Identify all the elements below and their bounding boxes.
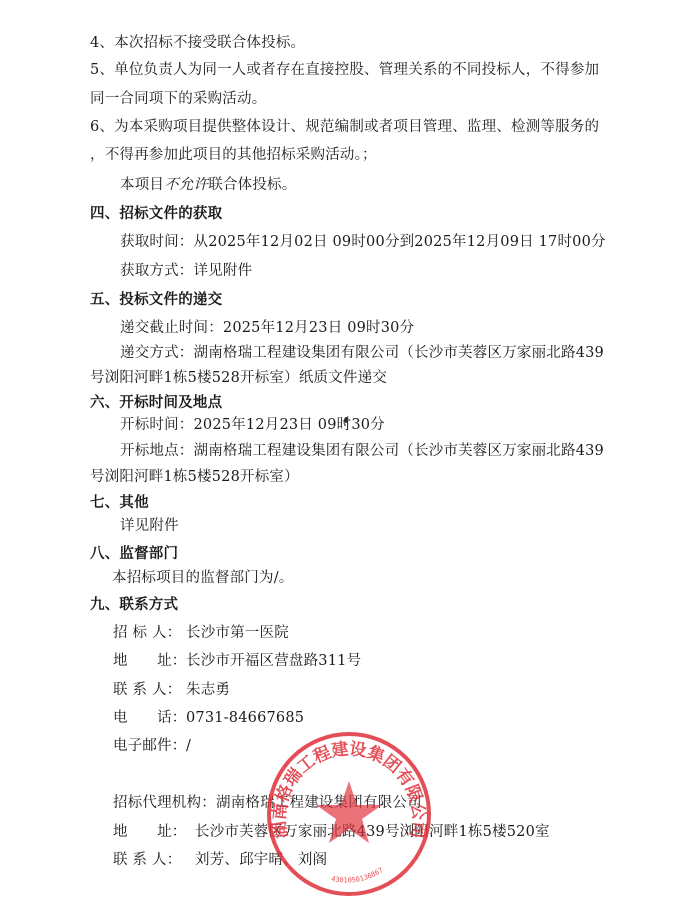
section-6-place-line2: 号浏阳河畔1栋5楼528开标室） [90, 468, 299, 486]
section-5-method-line2: 号浏阳河畔1栋5楼528开标室）纸质文件递交 [90, 369, 387, 387]
section-4-time: 获取时间：从2025年12月02日 09时00分到2025年12月09日 17时… [120, 233, 606, 251]
tenderer-phone-row: 电 话： 0731-84667685 [113, 709, 187, 727]
requirement-item-6-line2: ，不得再参加此项目的其他招标采购活动。； [90, 146, 377, 164]
tenderer-name-label: 招 标 人： [113, 624, 181, 642]
stamp-ring [269, 734, 429, 894]
agency-address-value: 长沙市芙蓉区万家丽北路439号浏阳河畔1栋5楼520室 [195, 823, 550, 841]
consortium-prefix: 本项目 [120, 177, 164, 193]
section-8-title: 八、监督部门 [90, 545, 178, 563]
tenderer-address-row: 地 址： 长沙市开福区营盘路311号 [113, 652, 187, 670]
requirement-item-6-line1: 6、为本采购项目提供整体设计、规范编制或者项目管理、监理、检测等服务的 [90, 118, 599, 136]
tenderer-contact-label: 联 系 人： [113, 681, 181, 699]
section-5-method-line1: 递交方式：湖南格瑞工程建设集团有限公司（长沙市芙蓉区万家丽北路439 [120, 344, 604, 362]
section-6-title: 六、开标时间及地点 [90, 394, 222, 412]
tenderer-contact-row: 联 系 人： 朱志勇 [113, 681, 181, 699]
tenderer-email-value: / [186, 737, 191, 755]
agency-name-value: 湖南格瑞工程建设集团有限公司 [216, 794, 422, 812]
agency-contact-value: 刘芳、邱宇晴、刘阁 [195, 851, 327, 869]
consortium-not-allowed: 不允许 [164, 177, 208, 193]
section-5-deadline: 递交截止时间：2025年12月23日 09时30分 [120, 319, 414, 337]
section-6-place-line1: 开标地点：湖南格瑞工程建设集团有限公司（长沙市芙蓉区万家丽北路439 [120, 442, 604, 460]
section-7-content: 详见附件 [120, 517, 179, 535]
agency-contact-row: 联 系 人： 刘芳、邱宇晴、刘阁 [113, 851, 181, 869]
requirement-item-5-line1: 5、单位负责人为同一人或者存在直接控股、管理关系的不同投标人，不得参加 [90, 61, 599, 79]
company-seal-stamp: 湖南格瑞工程建设集团有限公司 4301050136867 [264, 729, 434, 899]
requirement-item-5-line2: 同一合同项下的采购活动。 [90, 90, 266, 108]
section-7-title: 七、其他 [90, 494, 149, 512]
consortium-suffix: 联合体投标。 [208, 177, 296, 193]
agency-name-row: 招标代理机构： 湖南格瑞工程建设集团有限公司 [113, 794, 216, 812]
tenderer-name-row: 招 标 人： 长沙市第一医院 [113, 624, 181, 642]
agency-name-label: 招标代理机构： [113, 794, 216, 812]
consortium-statement: 本项目不允许联合体投标。 [120, 176, 296, 194]
section-9-title: 九、联系方式 [90, 596, 178, 614]
tenderer-address-value: 长沙市开福区营盘路311号 [186, 652, 361, 670]
tenderer-address-label: 地 址： [113, 652, 187, 670]
tenderer-name-value: 长沙市第一医院 [186, 624, 289, 642]
agency-address-row: 地 址： 长沙市芙蓉区万家丽北路439号浏阳河畔1栋5楼520室 [113, 823, 187, 841]
tenderer-email-row: 电子邮件： / [113, 737, 187, 755]
section-8-content: 本招标项目的监督部门为/。 [112, 569, 293, 587]
agency-contact-label: 联 系 人： [113, 851, 181, 869]
tenderer-phone-label: 电 话： [113, 709, 187, 727]
section-4-title: 四、招标文件的获取 [90, 205, 222, 223]
section-5-title: 五、投标文件的递交 [90, 291, 222, 309]
section-4-method: 获取方式：详见附件 [120, 262, 252, 280]
tenderer-email-label: 电子邮件： [113, 737, 187, 755]
tenderer-contact-value: 朱志勇 [186, 681, 230, 699]
stamp-code-text: 4301050136867 [330, 866, 384, 884]
tenderer-phone-value: 0731-84667685 [186, 709, 304, 727]
agency-address-label: 地 址： [113, 823, 187, 841]
requirement-item-4: 4、本次招标不接受联合体投标。 [90, 34, 305, 52]
